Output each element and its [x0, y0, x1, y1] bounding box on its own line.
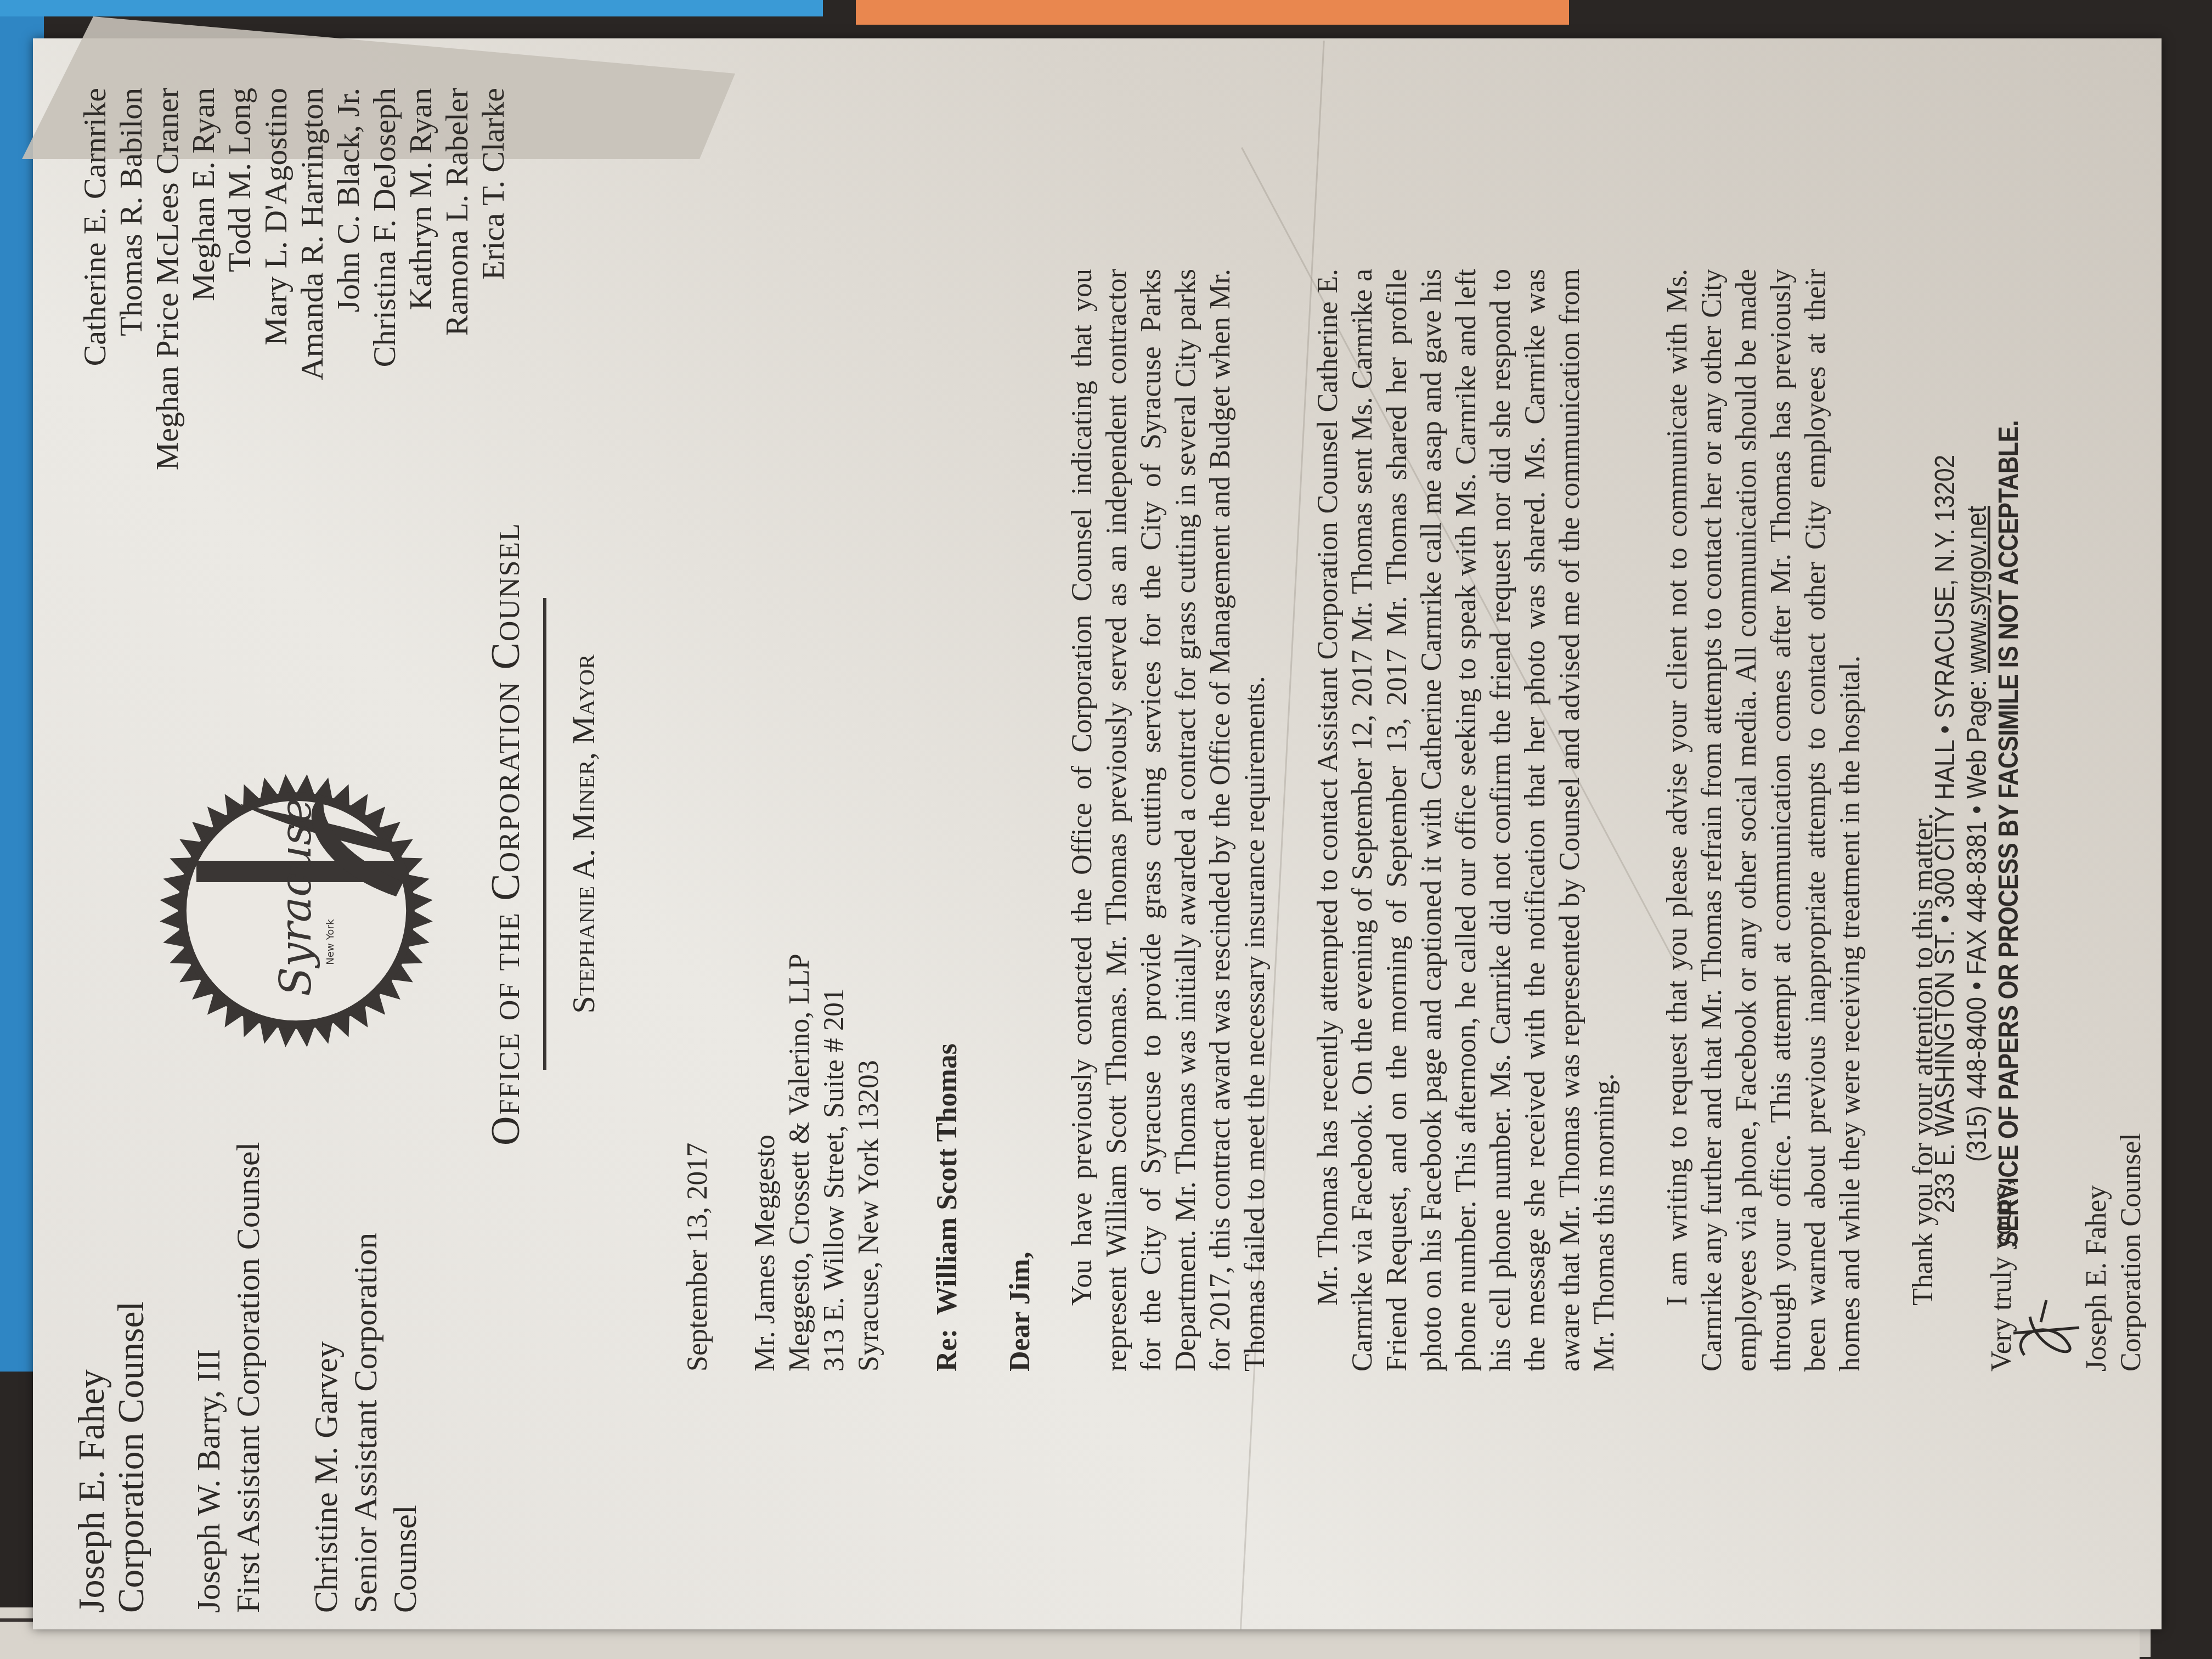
staff-name: Amanda R. Harrington [294, 88, 330, 636]
body-paragraph: I am writing to request that you please … [1660, 269, 1867, 1372]
letter-footer: 233 E. WASHINGTON ST. • 300 CITY HALL • … [1929, 279, 2024, 1389]
staff-name: Mary L. D'Agostino [258, 88, 294, 636]
letter-date: September 13, 2017 [680, 269, 715, 1372]
letter-body: September 13, 2017 Mr. James Meggesto Me… [680, 269, 2148, 1372]
seal-subtext: New York [325, 919, 336, 965]
re-label: Re: [932, 1329, 963, 1372]
recipient-line: Mr. James Meggesto [748, 269, 782, 1372]
staff-name: John C. Black, Jr. [330, 88, 366, 636]
recipient-line: 313 E. Willow Street, Suite # 201 [817, 269, 851, 1372]
header-rule [543, 598, 546, 1070]
seal-text: Syracuse [272, 798, 321, 996]
letter-page: Joseph E. Fahey Corporation Counsel Jose… [33, 38, 2162, 1629]
staff-name: Todd M. Long [222, 88, 258, 636]
background-orange-folder [856, 0, 1569, 25]
signer-title: Corporation Counsel [2114, 269, 2148, 1372]
staff-title: Corporation Counsel [111, 1119, 150, 1613]
staff-name: Meghan E. Ryan [185, 88, 222, 636]
letter-paper: Joseph E. Fahey Corporation Counsel Jose… [33, 38, 2162, 1629]
footer-notice: SERVICE OF PAPERS OR PROCESS BY FACSIMIL… [1993, 279, 2024, 1389]
staff-list-left: Joseph E. Fahey Corporation Counsel Jose… [71, 1119, 425, 1613]
staff-name: Ramona L. Rabeler [439, 88, 475, 636]
staff-name: Christina F. DeJoseph [366, 88, 403, 636]
staff-entry: Christine M. Garvey Senior Assistant Cor… [306, 1119, 425, 1613]
staff-name: Meghan Price McLees Craner [149, 88, 185, 636]
staff-entry: Joseph E. Fahey Corporation Counsel [71, 1119, 150, 1613]
body-paragraph: You have previously contacted the Office… [1065, 269, 1272, 1372]
signature [2041, 269, 2079, 1372]
staff-name: Christine M. Garvey [306, 1119, 346, 1613]
staff-title: First Assistant Corporation Counsel [228, 1119, 268, 1613]
web-link[interactable]: www.syrgov.net [1961, 506, 1992, 673]
re-line: Re: William Scott Thomas [930, 269, 964, 1372]
re-subject: William Scott Thomas [932, 1043, 963, 1315]
signer-name: Joseph E. Fahey [2079, 269, 2114, 1372]
recipient-address: Mr. James Meggesto Meggesto, Crossett & … [748, 269, 886, 1372]
greeting: Dear Jim, [1003, 269, 1037, 1372]
staff-name: Thomas R. Babilon [113, 88, 149, 636]
staff-list-right: Catherine E. Carnrike Thomas R. Babilon … [77, 88, 511, 636]
staff-name: Catherine E. Carnrike [77, 88, 113, 636]
syracuse-seal-icon: Syracuse New York [154, 768, 439, 1053]
footer-address: 233 E. WASHINGTON ST. • 300 CITY HALL • … [1929, 279, 1961, 1389]
staff-name: Kathryn M. Ryan [403, 88, 439, 636]
staff-name: Joseph W. Barry, III [189, 1119, 228, 1613]
background-blue-edge [0, 0, 823, 16]
office-title: Office of the Corporation Counsel [483, 203, 529, 1465]
recipient-line: Syracuse, New York 13203 [851, 269, 886, 1372]
mayor-line: Stephanie A. Miner, Mayor [565, 203, 602, 1465]
staff-title: Senior Assistant Corporation Counsel [346, 1119, 425, 1613]
body-paragraph: Mr. Thomas has recently attempted to con… [1311, 269, 1622, 1372]
recipient-line: Meggesto, Crossett & Valerino, LLP [782, 269, 817, 1372]
footer-contact: (315) 448-8400 • FAX 448-8381 • Web Page… [1961, 279, 1993, 1389]
staff-name: Joseph E. Fahey [71, 1119, 111, 1613]
staff-entry: Joseph W. Barry, III First Assistant Cor… [189, 1119, 268, 1613]
footer-phone-fax: (315) 448-8400 • FAX 448-8381 • Web Page… [1961, 673, 1992, 1162]
